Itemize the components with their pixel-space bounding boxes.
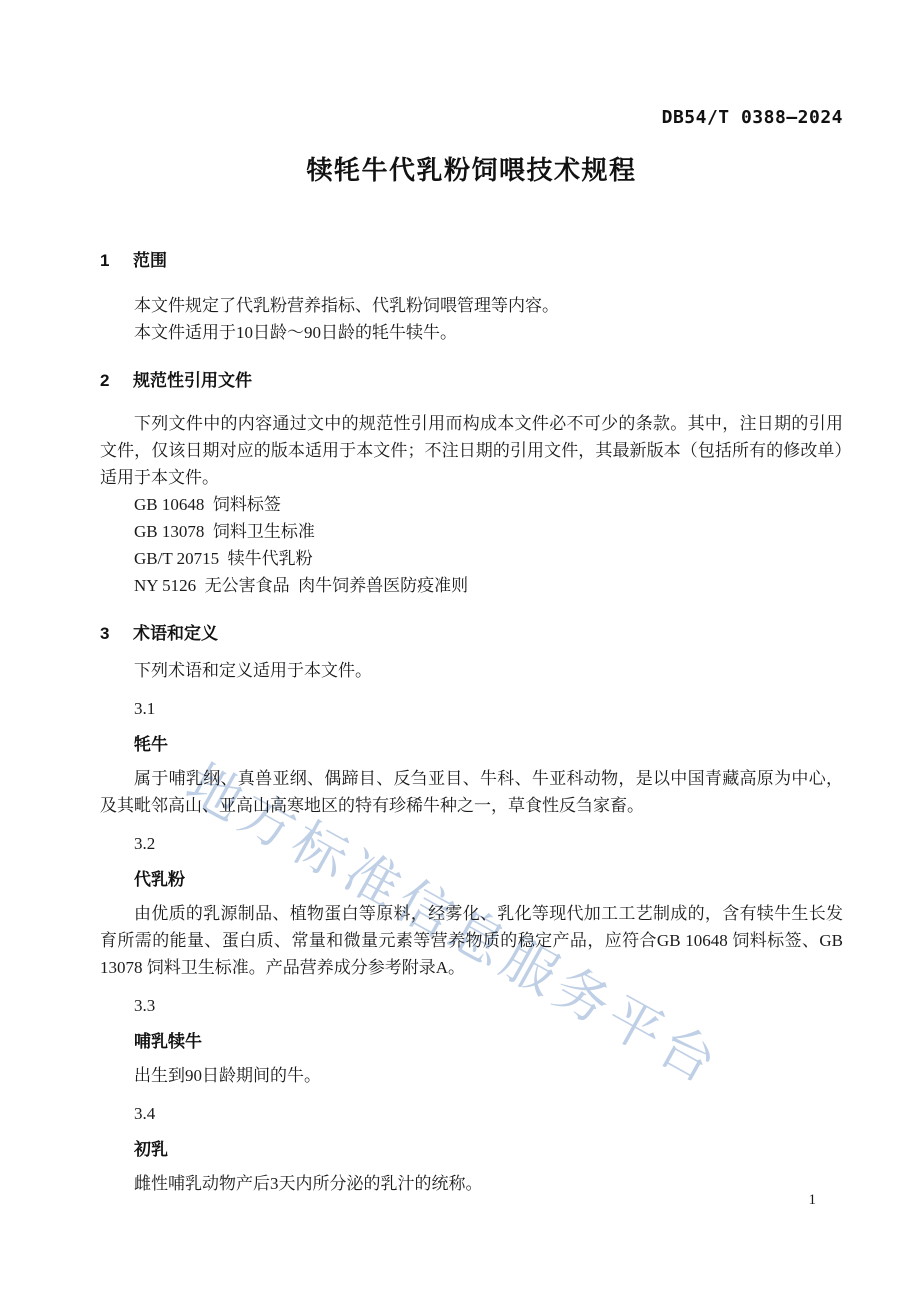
- terms-intro-paragraph: 下列术语和定义适用于本文件。: [100, 657, 843, 684]
- page-number: 1: [809, 1190, 817, 1210]
- section-heading-scope: 1范围: [100, 247, 843, 274]
- section-title: 范围: [133, 251, 167, 270]
- reference-item: GB/T 20715 犊牛代乳粉: [100, 545, 843, 572]
- term-name: 初乳: [100, 1136, 843, 1163]
- term-name: 牦牛: [100, 731, 843, 758]
- section-title: 规范性引用文件: [133, 371, 252, 390]
- term-definition: 属于哺乳纲、真兽亚纲、偶蹄目、反刍亚目、牛科、牛亚科动物，是以中国青藏高原为中心…: [100, 765, 843, 819]
- section-title: 术语和定义: [133, 624, 218, 643]
- reference-item: GB 10648 饲料标签: [100, 491, 843, 518]
- term-number: 3.4: [100, 1100, 843, 1127]
- reference-item: NY 5126 无公害食品 肉牛饲养兽医防疫准则: [100, 572, 843, 599]
- section-heading-terms: 3术语和定义: [100, 620, 843, 647]
- term-definition: 出生到90日龄期间的牛。: [100, 1062, 843, 1089]
- scope-paragraph-2: 本文件适用于10日龄～90日龄的牦牛犊牛。: [100, 319, 843, 346]
- section-heading-normative-references: 2规范性引用文件: [100, 367, 843, 394]
- page-title: 犊牦牛代乳粉饲喂技术规程: [100, 150, 843, 190]
- document-content: DB54/T 0388—2024 犊牦牛代乳粉饲喂技术规程 1范围 本文件规定了…: [100, 0, 843, 1197]
- standard-code: DB54/T 0388—2024: [100, 106, 843, 130]
- term-number: 3.1: [100, 695, 843, 722]
- term-number: 3.3: [100, 992, 843, 1019]
- normative-intro-paragraph: 下列文件中的内容通过文中的规范性引用而构成本文件必不可少的条款。其中，注日期的引…: [100, 410, 843, 491]
- term-definition: 雌性哺乳动物产后3天内所分泌的乳汁的统称。: [100, 1170, 843, 1197]
- reference-item: GB 13078 饲料卫生标准: [100, 518, 843, 545]
- section-number: 1: [100, 247, 133, 274]
- document-page: 地方标准信息服务平台 DB54/T 0388—2024 犊牦牛代乳粉饲喂技术规程…: [0, 0, 920, 1302]
- section-number: 2: [100, 367, 133, 394]
- section-number: 3: [100, 620, 133, 647]
- term-name: 哺乳犊牛: [100, 1028, 843, 1055]
- term-name: 代乳粉: [100, 866, 843, 893]
- scope-paragraph-1: 本文件规定了代乳粉营养指标、代乳粉饲喂管理等内容。: [100, 292, 843, 319]
- term-definition: 由优质的乳源制品、植物蛋白等原料，经雾化、乳化等现代加工工艺制成的，含有犊牛生长…: [100, 900, 843, 981]
- term-number: 3.2: [100, 830, 843, 857]
